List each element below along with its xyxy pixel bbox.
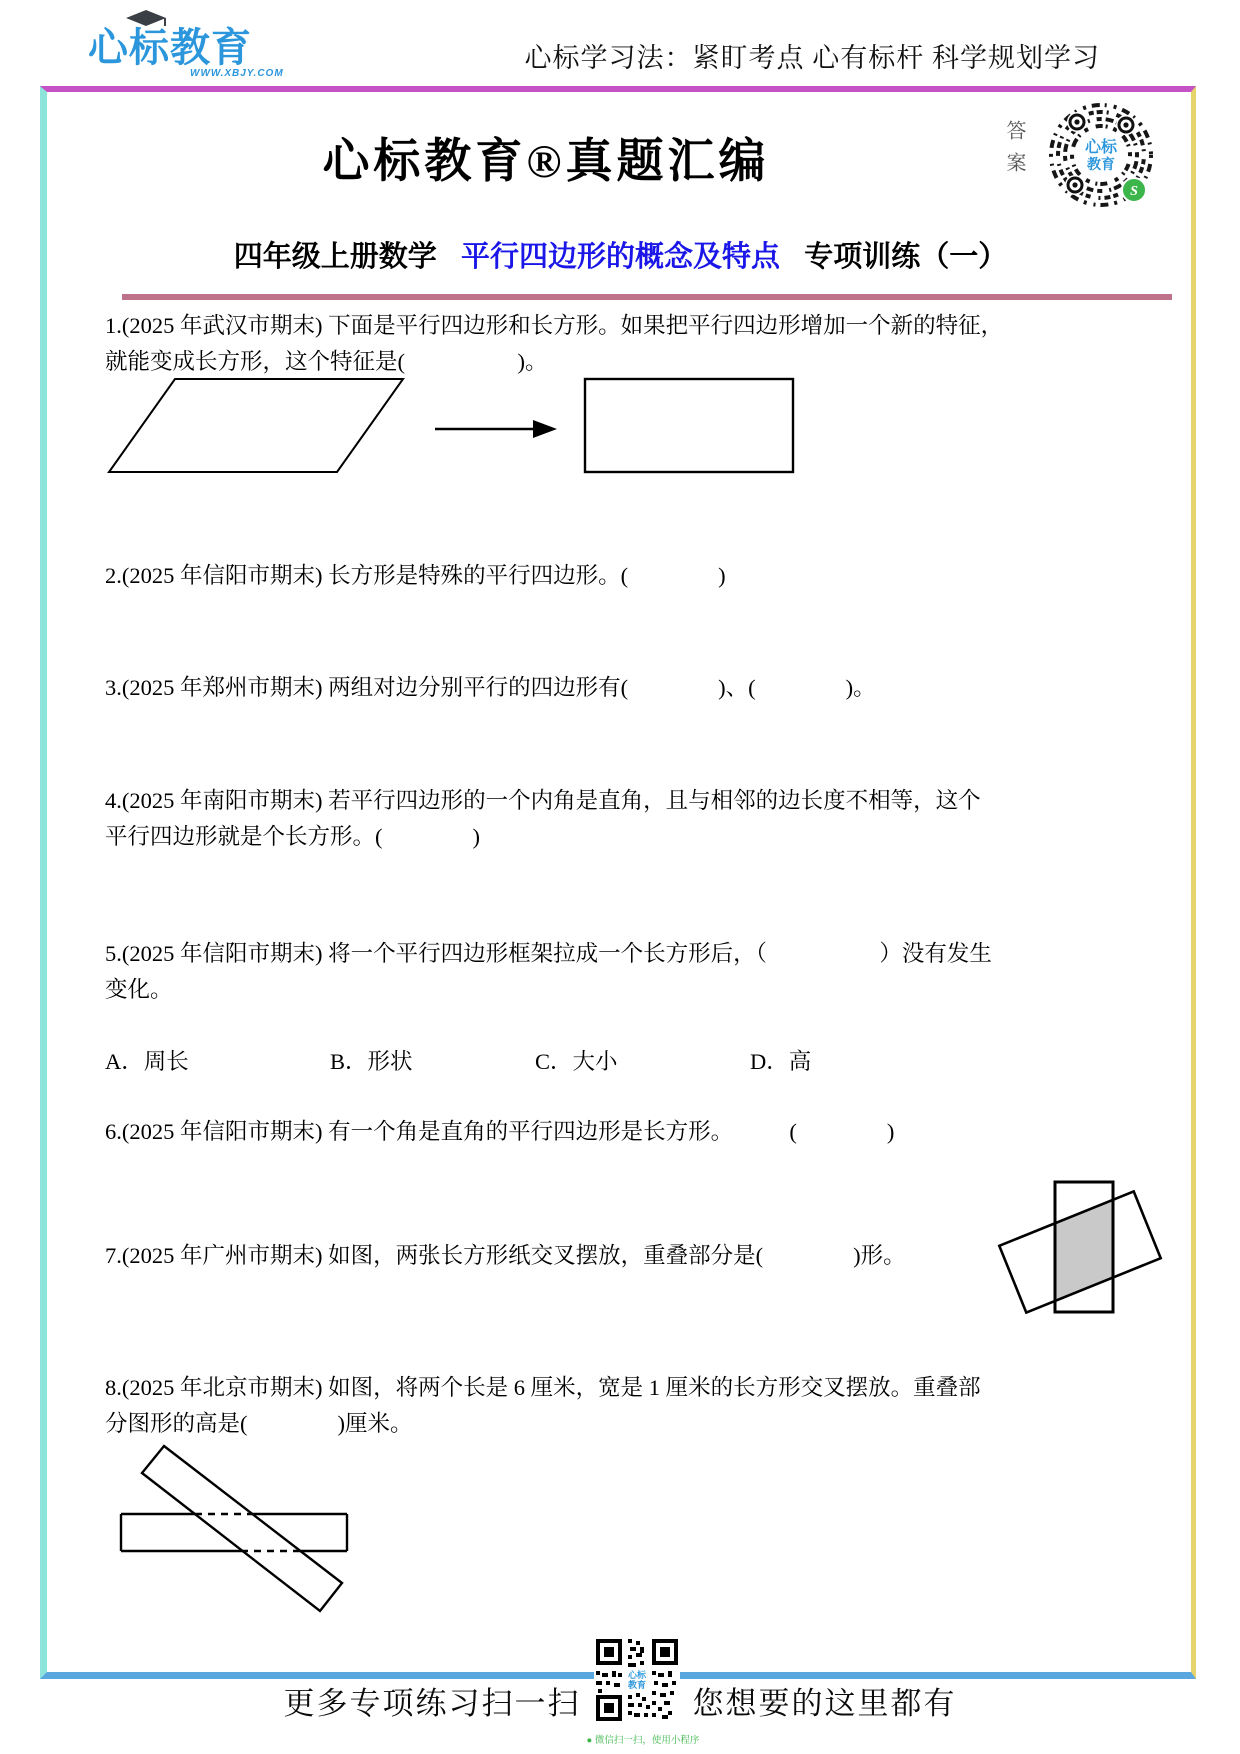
subtitle: 四年级上册数学 平行四边形的概念及特点 专项训练（一） xyxy=(46,234,1195,275)
footer-left-text: 更多专项练习扫一扫 xyxy=(284,1678,581,1723)
question-8: 8.(2025 年北京市期末) 如图，将两个长是 6 厘米，宽是 1 厘米的长方… xyxy=(105,1370,1180,1442)
svg-text:S: S xyxy=(1130,184,1138,199)
section-rule xyxy=(122,294,1172,300)
rectangle-shape xyxy=(585,379,793,472)
footer-qrcode-icon: 心标 教育 xyxy=(594,1637,680,1723)
answer-label: 答案 xyxy=(1000,120,1029,184)
question-4: 4.(2025 年南阳市期末) 若平行四边形的一个内角是直角，且与相邻的边长度不… xyxy=(105,783,1180,855)
subtitle-suffix: 专项训练（一） xyxy=(804,241,1007,273)
subtitle-highlight: 平行四边形的概念及特点 xyxy=(461,241,780,273)
q7-figure xyxy=(995,1174,1167,1344)
page-title: 心标教育®真题汇编 xyxy=(46,124,1046,191)
option-c: C．大小 xyxy=(535,1044,750,1080)
footer-right-text: 您想要的这里都有 xyxy=(693,1678,957,1723)
parallelogram-shape xyxy=(109,379,403,472)
header-slogan: 心标学习法：紧盯考点 心有标杆 科学规划学习 xyxy=(525,36,1101,75)
option-d: D．高 xyxy=(750,1044,811,1080)
question-3: 3.(2025 年郑州市期末) 两组对边分别平行的四边形有( )、( )。 xyxy=(105,670,1180,706)
option-a: A．周长 xyxy=(105,1044,330,1080)
wechat-dot-icon: ● xyxy=(587,1735,593,1746)
round-qrcode-icon: 心标 教育 S xyxy=(1046,100,1158,212)
brand-name: 心标教育 xyxy=(88,26,252,70)
brand-logo: 心标教育 WWW.XBJY.COM xyxy=(88,16,348,80)
worksheet-page: 心标教育 WWW.XBJY.COM 心标学习法：紧盯考点 心有标杆 科学规划学习… xyxy=(0,0,1240,1754)
svg-text:教育: 教育 xyxy=(626,1679,645,1690)
footer-qr-block: 心标 教育 ● 微信扫一扫，使用小程序 xyxy=(587,1637,687,1746)
qr-center-logo: 心标 xyxy=(1085,138,1118,156)
question-6: 6.(2025 年信阳市期末) 有一个角是直角的平行四边形是长方形。 ( ) xyxy=(105,1114,1180,1150)
q1-figure xyxy=(105,376,825,478)
graduation-cap-icon xyxy=(124,8,168,28)
brand-url: WWW.XBJY.COM xyxy=(190,68,284,79)
tilted-strip-shape xyxy=(142,1446,342,1611)
footer-qr-caption: ● 微信扫一扫，使用小程序 xyxy=(587,1732,687,1746)
question-5-text: 5.(2025 年信阳市期末) 将一个平行四边形框架拉成一个长方形后，（ ）没有… xyxy=(105,941,992,1002)
footer: 更多专项练习扫一扫 心标 教育 ● 微信扫一扫，使用小程序 您想要的 xyxy=(0,1636,1240,1746)
question-2: 2.(2025 年信阳市期末) 长方形是特殊的平行四边形。( ) xyxy=(105,558,1180,594)
question-1: 1.(2025 年武汉市期末) 下面是平行四边形和长方形。如果把平行四边形增加一… xyxy=(105,308,1180,380)
footer-qr-logo: 心标 xyxy=(626,1669,646,1680)
subtitle-prefix: 四年级上册数学 xyxy=(234,241,437,273)
svg-text:教育: 教育 xyxy=(1086,156,1115,172)
q8-figure xyxy=(95,1433,375,1625)
overlap-region xyxy=(1055,1200,1113,1301)
question-7: 7.(2025 年广州市期末) 如图，两张长方形纸交叉摆放，重叠部分是( )形。 xyxy=(105,1238,985,1274)
question-5-options: A．周长 B．形状 C．大小 D．高 xyxy=(105,1044,1180,1080)
option-b: B．形状 xyxy=(330,1044,535,1080)
